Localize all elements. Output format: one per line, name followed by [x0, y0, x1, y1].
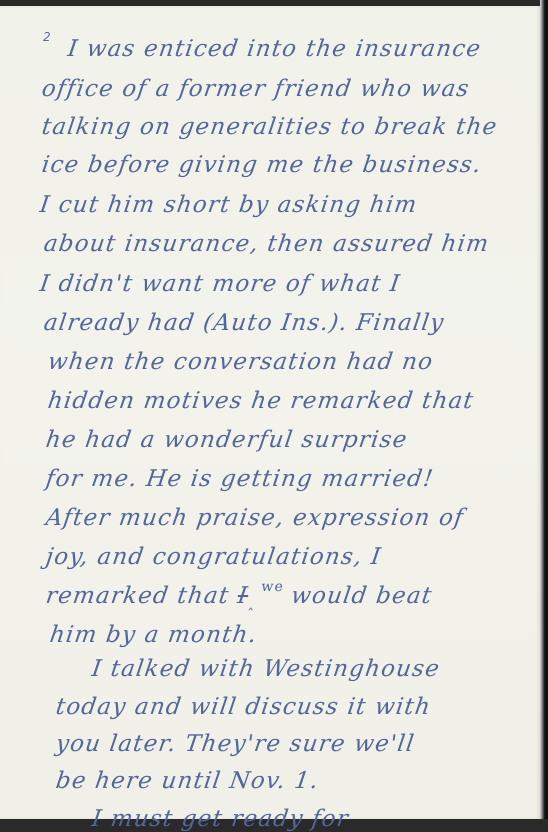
text-line: I must get ready for — [90, 806, 351, 819]
text-segment: would beat — [289, 583, 434, 609]
text-line: be here until Nov. 1. — [54, 768, 321, 794]
page-number: 2 — [43, 30, 51, 44]
text-line-correction: remarked that I‸we would beat — [44, 583, 434, 609]
text-line: I didn't want more of what I — [38, 271, 402, 297]
text-line: for me. He is getting married! — [44, 466, 435, 492]
text-line: already had (Auto Ins.). Finally — [42, 310, 446, 336]
insertion-caret: ‸ — [248, 595, 256, 611]
text-line: I was enticed into the insurance — [66, 36, 483, 62]
text-line: ice before giving me the business. — [40, 152, 483, 178]
letter-page: 2 I was enticed into the insurance offic… — [0, 6, 540, 819]
page-edge — [540, 0, 548, 819]
text-line: I talked with Westinghouse — [90, 656, 442, 682]
text-line: he had a wonderful surprise — [44, 427, 409, 453]
text-line: talking on generalities to break the — [40, 114, 499, 140]
text-line: about insurance, then assured him — [42, 231, 491, 257]
text-line: office of a former friend who was — [40, 76, 471, 102]
text-segment: remarked that — [44, 583, 231, 609]
text-line: hidden motives he remarked that — [46, 388, 476, 414]
text-line: today and will discuss it with — [54, 694, 433, 720]
text-line: joy, and congratulations, I — [44, 544, 383, 570]
text-line: him by a month. — [48, 622, 259, 648]
text-line: you later. They're sure we'll — [54, 731, 416, 757]
text-line: I cut him short by asking him — [38, 192, 419, 218]
inserted-word: we — [260, 579, 285, 595]
text-line: when the conversation had no — [46, 349, 435, 375]
text-line: After much praise, expression of — [44, 505, 466, 531]
